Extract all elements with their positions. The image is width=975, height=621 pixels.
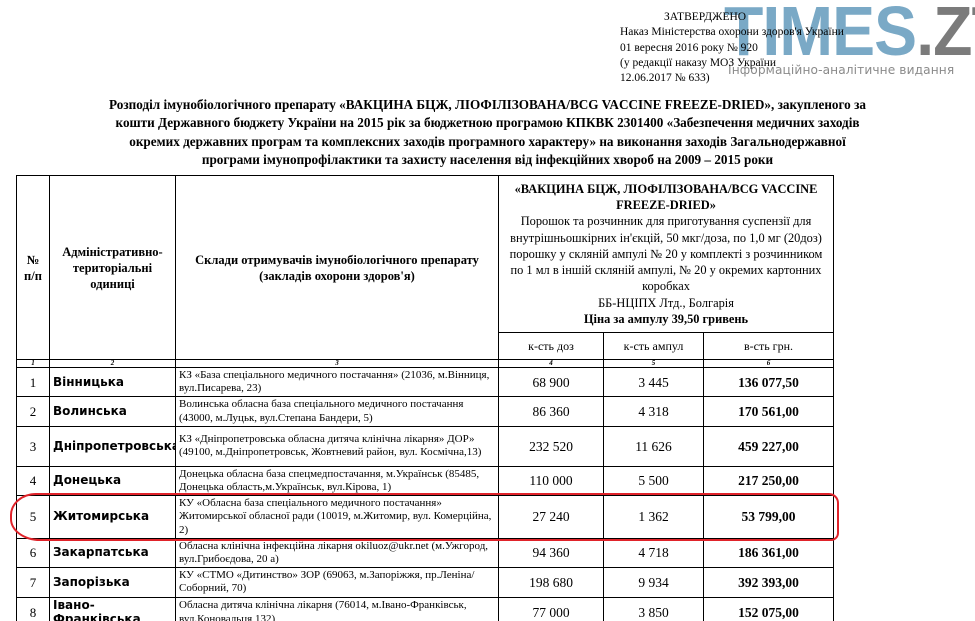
row-region: Запорізька [50,568,176,597]
logo-brand-part2: .ZT [916,0,975,70]
row-ampoules: 11 626 [604,426,704,466]
row-ampoules: 4 718 [604,538,704,567]
column-index: 3 [176,360,499,368]
approval-stamp: ЗАТВЕРДЖЕНО Наказ Міністерства охорони з… [620,10,844,86]
table-row: 2 Волинська Волинська обласна база спеці… [17,397,834,426]
row-number: 2 [17,397,50,426]
column-index: 2 [50,360,176,368]
row-recipient: Донецька обласна база спецмедпостачання,… [176,466,499,495]
approval-line: (у редакції наказу МОЗ України [620,56,844,71]
document-title: Розподіл імунобіологічного препарату «ВА… [0,96,975,170]
row-doses: 94 360 [499,538,604,567]
row-number: 8 [17,597,50,621]
column-index: 1 [17,360,50,368]
table-row: 6 Закарпатська Обласна клінічна інфекцій… [17,538,834,567]
row-recipient: Обласна дитяча клінічна лікарня (76014, … [176,597,499,621]
title-line: Розподіл імунобіологічного препарату «ВА… [0,96,975,114]
product-manufacturer: ББ-НЦІПХ Лтд., Болгарія [503,295,829,311]
row-ampoules: 5 500 [604,466,704,495]
row-ampoules: 4 318 [604,397,704,426]
row-cost: 459 227,00 [704,426,834,466]
header-num: № п/п [17,176,50,360]
row-doses: 110 000 [499,466,604,495]
table-row: 5 Житомирська КУ «Обласна база спеціальн… [17,496,834,539]
row-recipient: Волинська обласна база спеціального меди… [176,397,499,426]
row-cost: 53 799,00 [704,496,834,539]
header-cost: в-сть грн. [704,333,834,360]
row-region: Закарпатська [50,538,176,567]
row-recipient: КУ «Обласна база спеціального медичного … [176,496,499,539]
row-ampoules: 9 934 [604,568,704,597]
table-row: 7 Запорізька КУ «СТМО «Дитинство» ЗОР (6… [17,568,834,597]
header-admin-unit: Адміністративно-територіальні одиниці [50,176,176,360]
row-doses: 86 360 [499,397,604,426]
row-recipient: КЗ «Дніпропетровська обласна дитяча клін… [176,426,499,466]
row-ampoules: 1 362 [604,496,704,539]
title-line: окремих державних програм та комплексних… [0,133,975,151]
row-cost: 186 361,00 [704,538,834,567]
product-name: «ВАКЦИНА БЦЖ, ЛІОФІЛІЗОВАНА/BCG VACCINE … [503,181,829,214]
product-price: Ціна за ампулу 39,50 гривень [503,311,829,327]
row-doses: 27 240 [499,496,604,539]
row-number: 4 [17,466,50,495]
row-region: Вінницька [50,368,176,397]
product-description: Порошок та розчинник для приготування су… [503,213,829,294]
row-recipient: КУ «СТМО «Дитинство» ЗОР (69063, м.Запор… [176,568,499,597]
row-recipient: Обласна клінічна інфекційна лікарня okil… [176,538,499,567]
column-index: 6 [704,360,834,368]
row-cost: 136 077,50 [704,368,834,397]
row-cost: 392 393,00 [704,568,834,597]
header-ampoules: к-сть ампул [604,333,704,360]
header-product: «ВАКЦИНА БЦЖ, ЛІОФІЛІЗОВАНА/BCG VACCINE … [499,176,834,333]
row-number: 1 [17,368,50,397]
header-recipients: Склади отримувачів імунобіологічного пре… [176,176,499,360]
row-doses: 68 900 [499,368,604,397]
row-doses: 198 680 [499,568,604,597]
approval-line: 01 вересня 2016 року № 920 [620,41,844,56]
table-row: 1 Вінницька КЗ «База спеціального медичн… [17,368,834,397]
title-line: програми імунопрофілактики та захисту на… [0,151,975,169]
row-region: Донецька [50,466,176,495]
row-number: 3 [17,426,50,466]
row-region: Івано-Франківська [50,597,176,621]
row-number: 6 [17,538,50,567]
column-index: 4 [499,360,604,368]
row-ampoules: 3 445 [604,368,704,397]
row-number: 7 [17,568,50,597]
row-cost: 170 561,00 [704,397,834,426]
row-recipient: КЗ «База спеціального медичного постачан… [176,368,499,397]
distribution-table: № п/п Адміністративно-територіальні один… [16,175,834,621]
row-region: Дніпропетровська [50,426,176,466]
row-ampoules: 3 850 [604,597,704,621]
approval-header: ЗАТВЕРДЖЕНО [620,10,844,25]
row-region: Волинська [50,397,176,426]
row-cost: 152 075,00 [704,597,834,621]
approval-line: 12.06.2017 № 633) [620,71,844,86]
row-doses: 232 520 [499,426,604,466]
row-region: Житомирська [50,496,176,539]
table-row: 3 Дніпропетровська КЗ «Дніпропетровська … [17,426,834,466]
approval-line: Наказ Міністерства охорони здоров'я Укра… [620,25,844,40]
row-cost: 217 250,00 [704,466,834,495]
table-header-row: № п/п Адміністративно-територіальні один… [17,176,834,333]
table-row: 8 Івано-Франківська Обласна дитяча кліні… [17,597,834,621]
header-doses: к-сть доз [499,333,604,360]
row-number: 5 [17,496,50,539]
column-index-row: 1 2 3 4 5 6 [17,360,834,368]
table-row: 4 Донецька Донецька обласна база спецмед… [17,466,834,495]
title-line: кошти Державного бюджету України на 2015… [0,114,975,132]
table-body: 1 Вінницька КЗ «База спеціального медичн… [17,368,834,621]
row-doses: 77 000 [499,597,604,621]
column-index: 5 [604,360,704,368]
